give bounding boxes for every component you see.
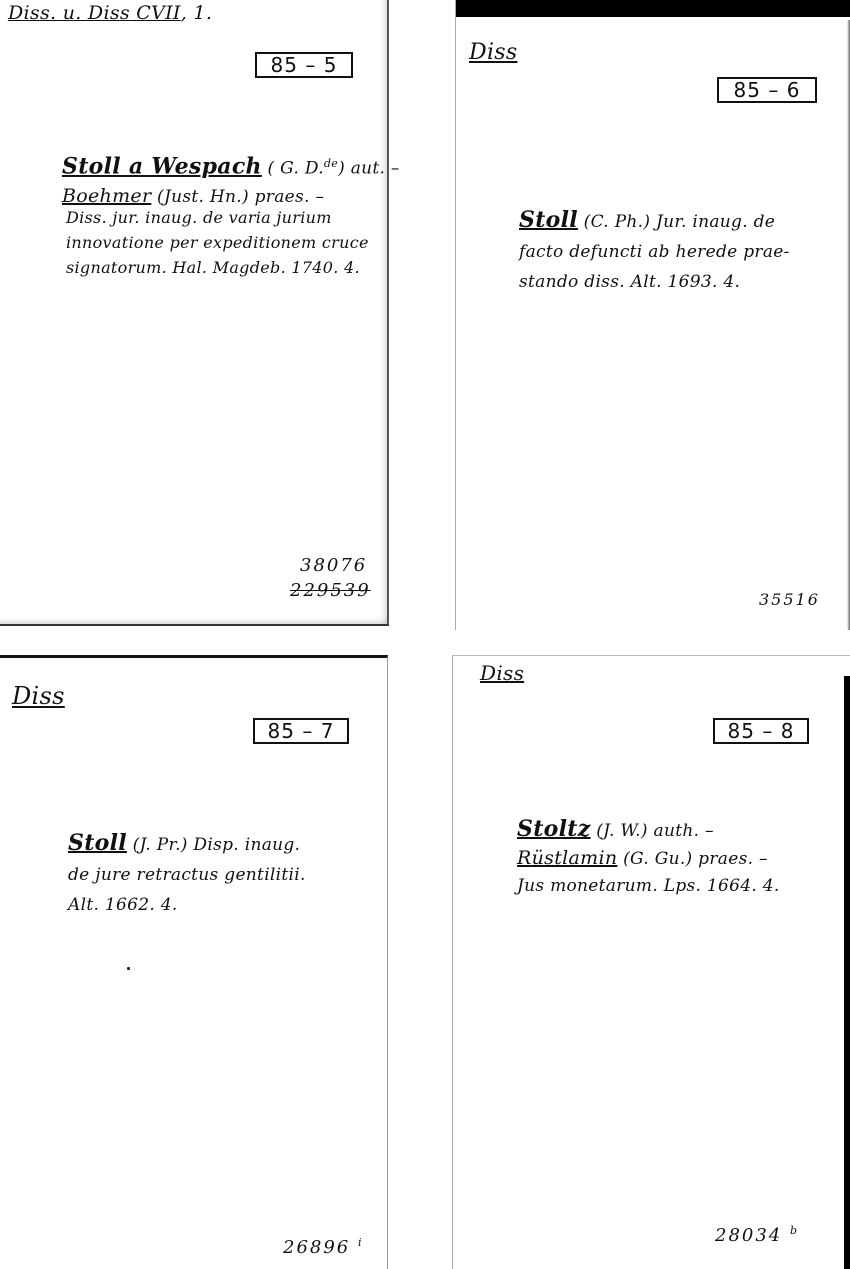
- praeses-initials: (Just. Hn.) praes. –: [151, 187, 324, 207]
- entry-continuation: (C. Ph.) Jur. inaug. de: [578, 212, 775, 232]
- shelfmark-roman: VII: [151, 2, 181, 24]
- entry-line: signatorum. Hal. Magdeb. 1740. 4.: [66, 255, 369, 280]
- accession-digits: 28034: [715, 1225, 782, 1246]
- entry-text: Stoll (C. Ph.) Jur. inaug. de facto defu…: [519, 205, 790, 297]
- scan-edge-band: [456, 0, 850, 17]
- entry-line: de jure retractus gentilitii.: [68, 860, 306, 890]
- entry-text: Stoll (J. Pr.) Disp. inaug. de jure retr…: [68, 828, 306, 920]
- call-number-box: 85 – 8: [713, 718, 809, 744]
- praeses-name: Rüstlamin: [517, 847, 617, 869]
- ink-speck: [127, 967, 130, 970]
- shelfmark: Diss: [480, 661, 524, 685]
- entry-line: Diss. jur. inaug. de varia jurium: [66, 205, 369, 230]
- catalog-card-scan: Diss. u. Diss CVII, 1. 85 – 5 Stoll a We…: [0, 0, 850, 1269]
- accession-number-struck: 229539: [290, 580, 371, 601]
- accession-number: 28034 b: [715, 1224, 799, 1246]
- shelfmark: Diss: [12, 682, 65, 710]
- praeses-name: Boehmer: [62, 185, 151, 207]
- call-number-box: 85 – 7: [253, 718, 349, 744]
- accession-number: 35516: [759, 590, 820, 609]
- author-name: Stoltz: [517, 816, 591, 842]
- shelfmark-suffix: , 1.: [181, 2, 212, 24]
- entry-continuation: (J. Pr.) Disp. inaug.: [127, 835, 300, 855]
- accession-number: 26896 i: [283, 1236, 364, 1258]
- author-name: Stoll: [68, 830, 127, 856]
- catalog-card-85-5: Diss. u. Diss CVII, 1. 85 – 5 Stoll a We…: [0, 0, 389, 626]
- entry-line: Stoltz (J. W.) auth. –: [517, 816, 780, 845]
- scan-edge-band: [844, 676, 850, 1269]
- title-text: Diss. jur. inaug. de varia jurium innova…: [66, 205, 369, 280]
- entry-line: Stoll a Wespach ( G. D.de) aut. –: [62, 150, 400, 183]
- entry-line: Stoll (C. Ph.) Jur. inaug. de: [519, 205, 790, 237]
- entry-line: facto defuncti ab herede prae-: [519, 237, 790, 267]
- entry-text: Stoll a Wespach ( G. D.de) aut. – Boehme…: [62, 150, 400, 211]
- author-name: Stoll: [519, 207, 578, 233]
- shelfmark-text: Diss. u. Diss C: [8, 2, 151, 24]
- superscript: de: [324, 157, 338, 170]
- entry-line: innovatione per expeditionem cruce: [66, 230, 369, 255]
- author-initials: ( G. D.: [262, 159, 324, 179]
- entry-line: Alt. 1662. 4.: [68, 890, 306, 920]
- entry-line: Stoll (J. Pr.) Disp. inaug.: [68, 828, 306, 860]
- accession-digits: 26896: [283, 1237, 350, 1258]
- author-initials: (J. W.) auth. –: [591, 821, 714, 841]
- role-text: ) aut. –: [338, 159, 400, 179]
- shelfmark: Diss. u. Diss CVII, 1.: [8, 2, 212, 24]
- catalog-card-85-6: Diss 85 – 6 Stoll (C. Ph.) Jur. inaug. d…: [455, 0, 850, 630]
- entry-text: Stoltz (J. W.) auth. – Rüstlamin (G. Gu.…: [517, 816, 780, 900]
- entry-line: Rüstlamin (G. Gu.) praes. –: [517, 845, 780, 873]
- card-gap: [0, 627, 389, 655]
- accession-suffix: i: [358, 1236, 364, 1249]
- catalog-card-85-8: Diss 85 – 8 Stoltz (J. W.) auth. – Rüstl…: [452, 655, 850, 1269]
- catalog-card-85-7: Diss 85 – 7 Stoll (J. Pr.) Disp. inaug. …: [0, 655, 388, 1269]
- call-number-box: 85 – 6: [717, 77, 817, 103]
- author-name: Stoll a Wespach: [62, 154, 262, 180]
- praeses-initials: (G. Gu.) praes. –: [617, 849, 767, 869]
- accession-number: 38076: [300, 555, 367, 576]
- call-number-box: 85 – 5: [255, 52, 353, 78]
- entry-line: stando diss. Alt. 1693. 4.: [519, 267, 790, 297]
- shelfmark: Diss: [469, 40, 517, 65]
- entry-line: Jus monetarum. Lps. 1664. 4.: [517, 873, 780, 900]
- accession-suffix: b: [790, 1224, 799, 1237]
